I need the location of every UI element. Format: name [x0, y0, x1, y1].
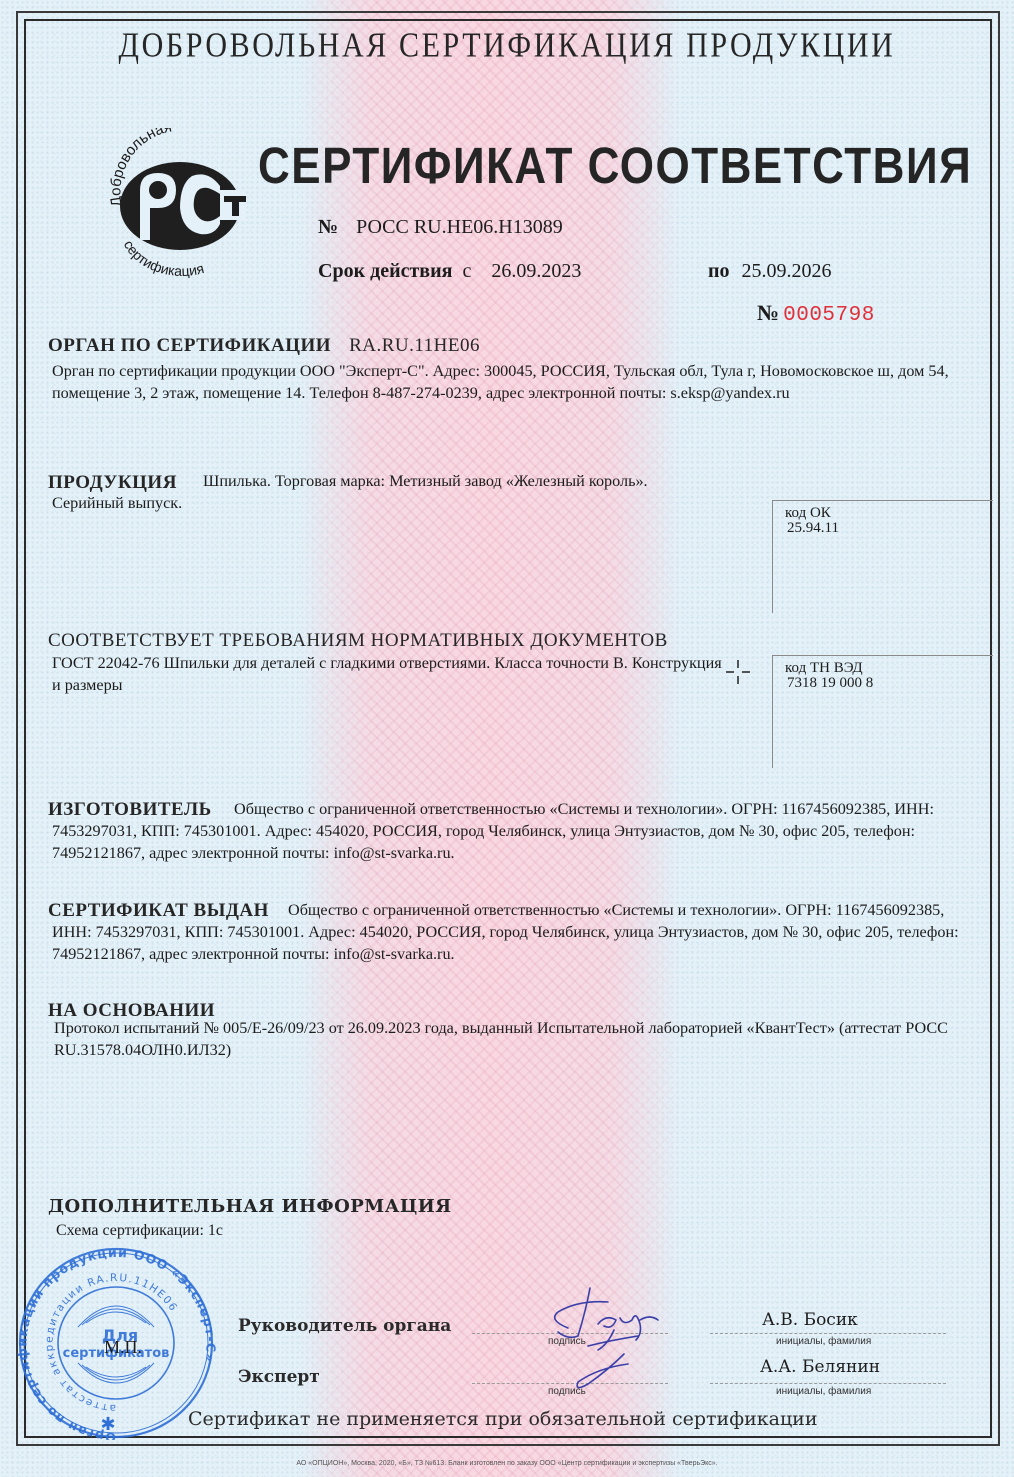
certification-scheme: Схема сертификации: 1с: [56, 1222, 223, 1240]
valid-to-date: 25.09.2026: [742, 260, 832, 282]
basis-text: Протокол испытаний № 005/Е-26/09/23 от 2…: [54, 1017, 984, 1061]
certificate-number: №РОСС RU.НЕ06.Н13089: [318, 216, 563, 239]
seal-place-label: М.П.: [104, 1337, 142, 1358]
blank-number-value: 0005798: [783, 304, 875, 327]
normative-heading: СООТВЕТСТВУЕТ ТРЕБОВАНИЯМ НОРМАТИВНЫХ ДО…: [48, 630, 668, 652]
product-heading: ПРОДУКЦИЯ: [48, 472, 177, 494]
tnved-code-box: код ТН ВЭД 7318 19 000 8: [772, 655, 993, 768]
valid-from-date: 26.09.2023: [491, 260, 581, 282]
head-of-body-label: Руководитель органа: [238, 1316, 451, 1336]
blank-number-label: №: [757, 300, 779, 325]
certification-body-code: RA.RU.11НЕ06: [349, 335, 480, 356]
footer-note: Сертификат не применяется при обязательн…: [188, 1408, 818, 1430]
blank-number: №0005798: [757, 300, 875, 327]
certification-body-heading: ОРГАН ПО СЕРТИФИКАЦИИRA.RU.11НЕ06: [48, 335, 480, 357]
validity-label: Срок действия: [318, 260, 452, 282]
certificate-number-value: РОСС RU.НЕ06.Н13089: [356, 216, 563, 238]
normative-text: ГОСТ 22042-76 Шпильки для деталей с глад…: [52, 652, 732, 696]
certification-body-heading-text: ОРГАН ПО СЕРТИФИКАЦИИ: [48, 335, 331, 356]
validity-from: Срок действияс26.09.2023: [318, 260, 581, 283]
head-name: А.В. Босик: [762, 1310, 858, 1330]
to-label: по: [708, 260, 730, 282]
head-name-line: [710, 1333, 946, 1334]
crosshair-mark-icon: [724, 658, 752, 686]
printer-imprint: АО «ОПЦИОН», Москва, 2020, «Б», ТЗ №613.…: [0, 1460, 1014, 1467]
handwritten-signature-icon: [528, 1280, 668, 1400]
manufacturer-text: Общество с ограниченной ответственностью…: [52, 798, 982, 864]
certificate-number-label: №: [318, 216, 338, 238]
rst-logo-icon: Добровольная сертификация: [108, 128, 253, 278]
ok-code-value: 25.94.11: [787, 520, 839, 537]
svg-text:✱: ✱: [100, 1414, 115, 1434]
expert-label: Эксперт: [238, 1367, 320, 1387]
from-label: с: [462, 260, 471, 282]
certificate-title: СЕРТИФИКАТ СООТВЕТСТВИЯ: [258, 138, 972, 196]
certification-body-text: Орган по сертификации продукции ООО "Экс…: [52, 360, 982, 404]
validity-to: по25.09.2026: [708, 260, 832, 283]
expert-name-line: [710, 1383, 946, 1384]
head-name-caption: инициалы, фамилия: [776, 1336, 871, 1347]
product-text: Шпилька. Торговая марка: Метизный завод …: [203, 472, 648, 491]
ok-code-box: код ОК 25.94.11: [772, 500, 993, 613]
expert-name-caption: инициалы, фамилия: [776, 1386, 871, 1397]
product-release-type: Серийный выпуск.: [52, 494, 182, 513]
tnved-code-value: 7318 19 000 8: [787, 675, 873, 692]
issued-to-text: Общество с ограниченной ответственностью…: [52, 899, 982, 965]
additional-info-heading: ДОПОЛНИТЕЛЬНАЯ ИНФОРМАЦИЯ: [48, 1196, 452, 1217]
voluntary-certification-title: ДОБРОВОЛЬНАЯ СЕРТИФИКАЦИЯ ПРОДУКЦИИ: [0, 26, 1014, 66]
expert-name: А.А. Белянин: [760, 1357, 880, 1377]
